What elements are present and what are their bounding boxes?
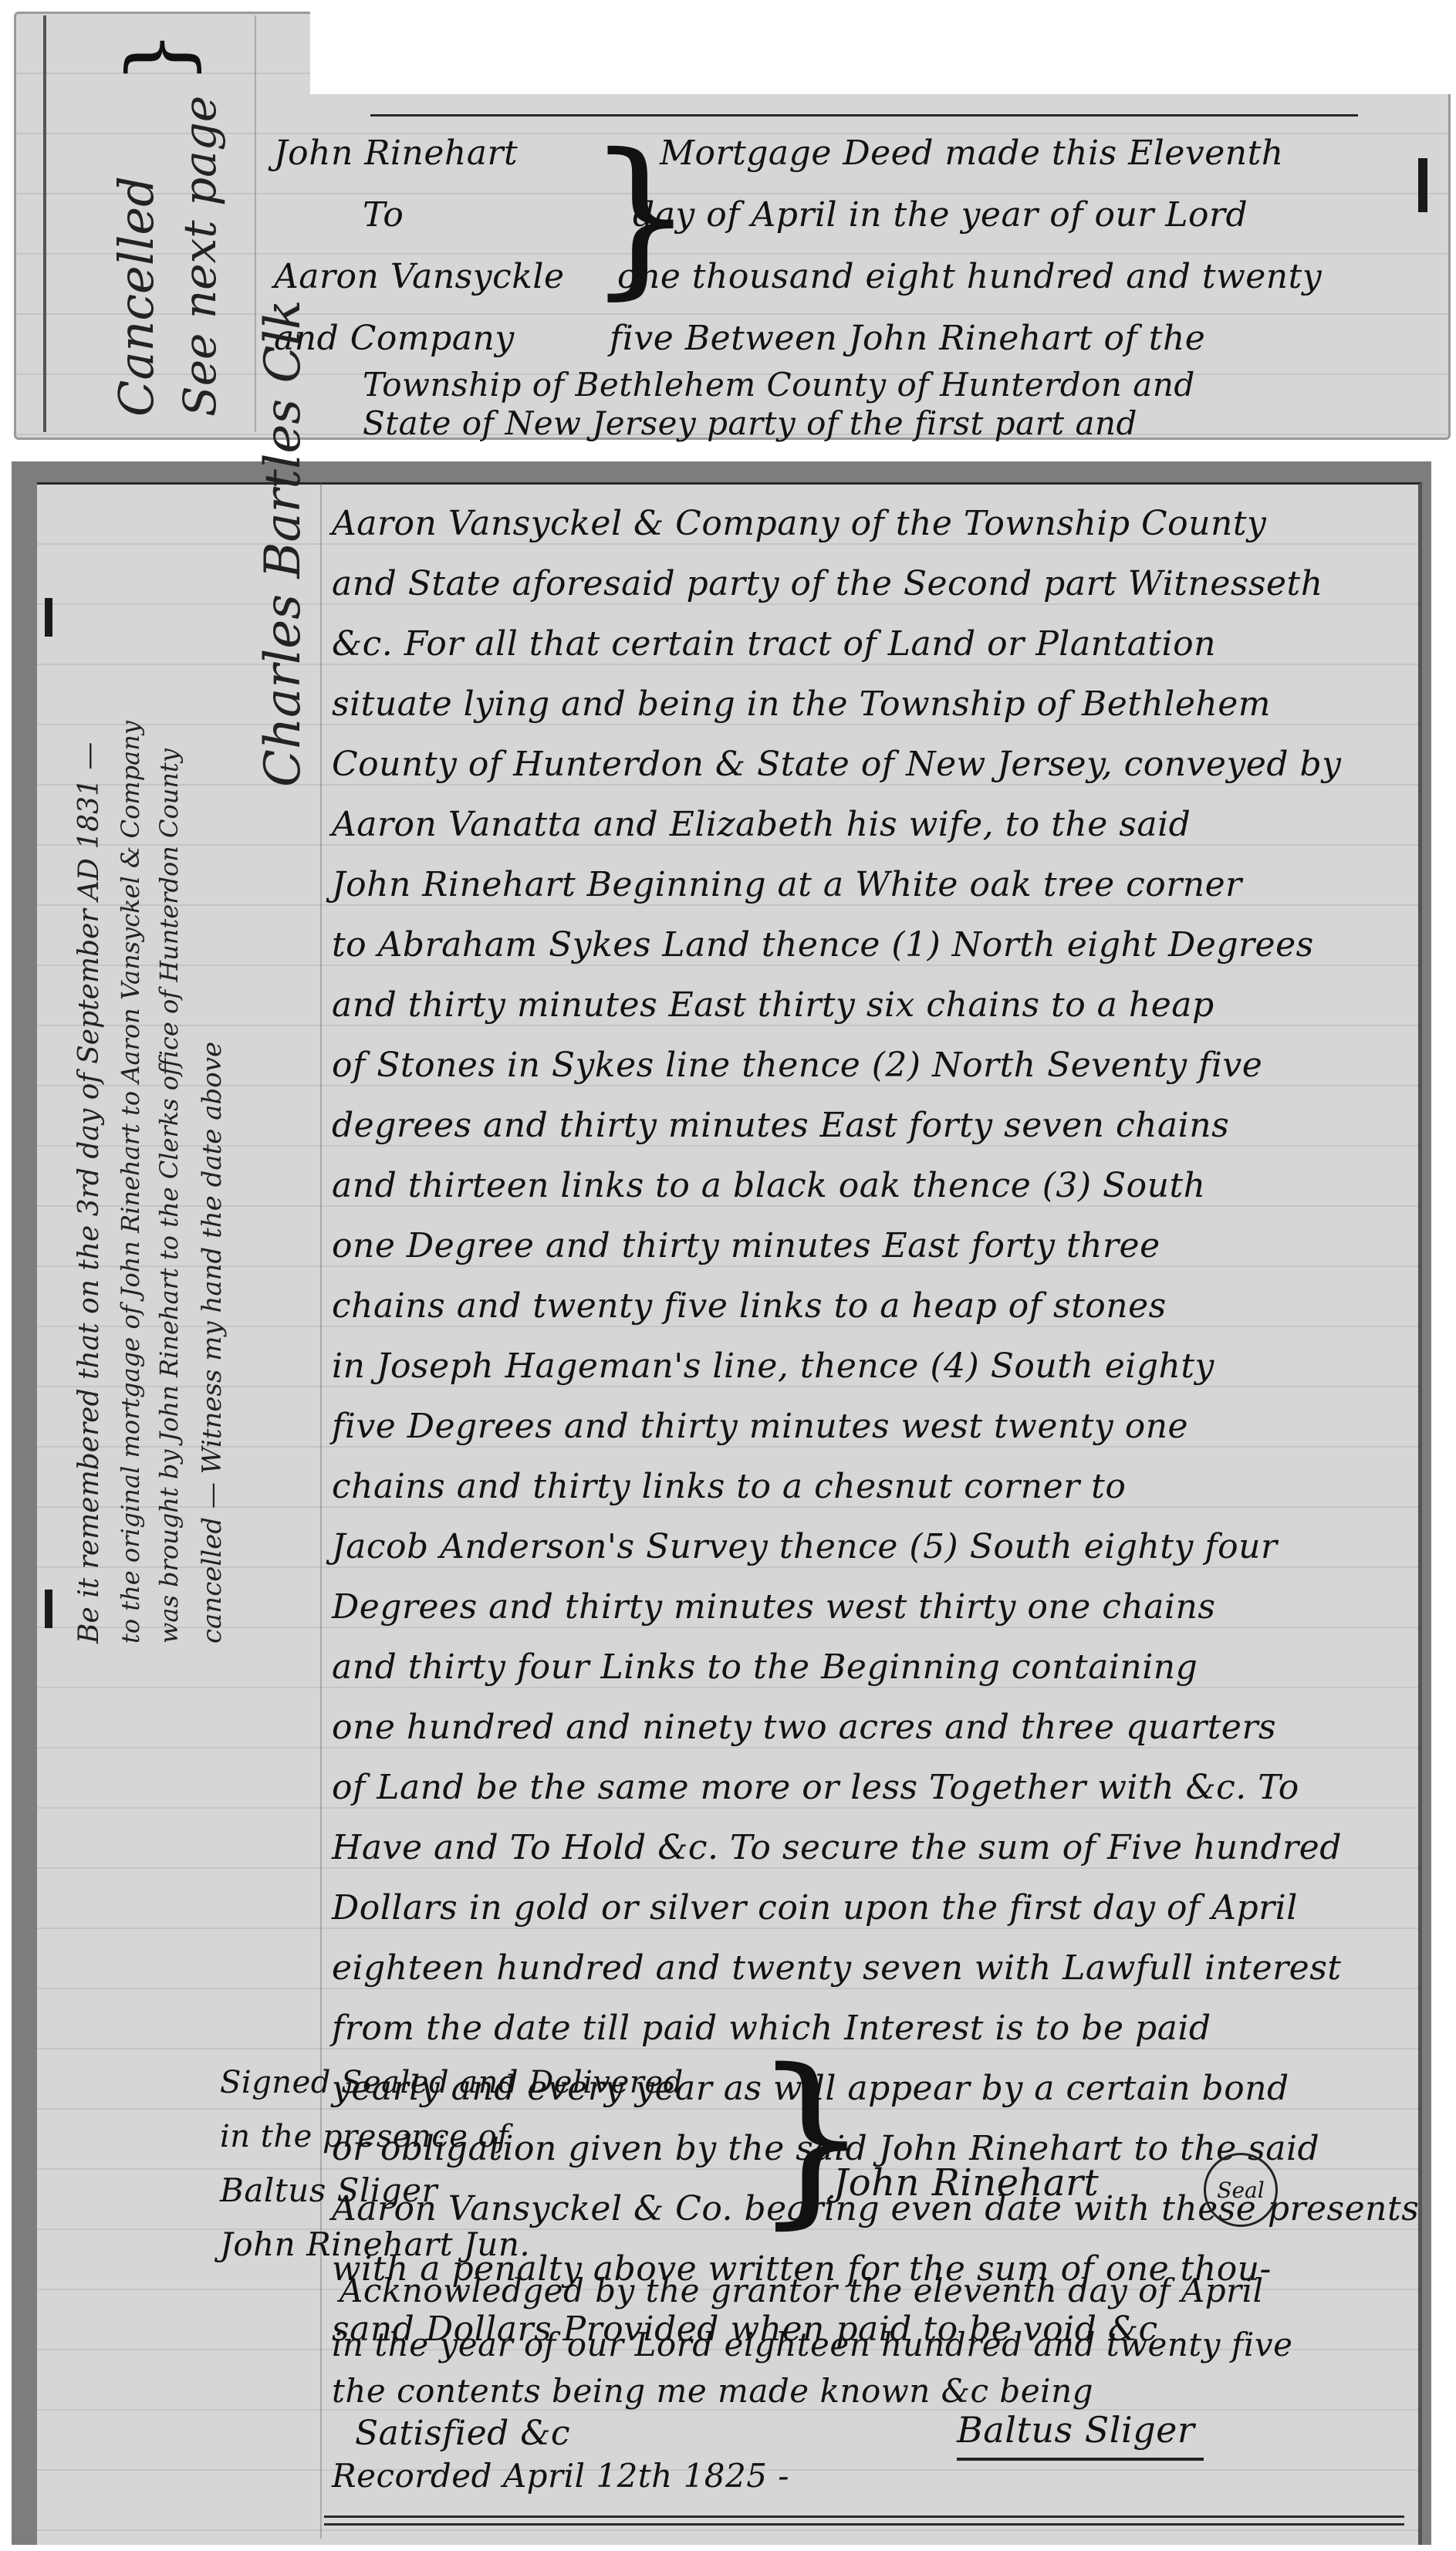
grantor-signature: John Rinehart: [833, 2153, 1099, 2213]
body-line: situate lying and being in the Township …: [332, 674, 1412, 735]
seal-label: Seal: [1217, 2178, 1264, 2203]
body-line: five Degrees and thirty minutes west twe…: [332, 1397, 1412, 1457]
signature-underline: [957, 2458, 1204, 2461]
body-line: and State aforesaid party of the Second …: [332, 554, 1412, 614]
body-line: and thirteen links to a black oak thence…: [332, 1156, 1412, 1216]
top-body-line: day of April in the year of our Lord: [633, 185, 1248, 245]
top-body-line: Mortgage Deed made this Eleventh: [660, 123, 1284, 184]
body-line: of Stones in Sykes line thence (2) North…: [332, 1036, 1412, 1096]
acknowledgement-line: Acknowledged by the grantor the eleventh…: [340, 2261, 1264, 2321]
body-line: in Joseph Hageman's line, thence (4) Sou…: [332, 1336, 1412, 1397]
body-line: Aaron Vanatta and Elizabeth his wife, to…: [332, 795, 1412, 855]
body-line: and thirty four Links to the Beginning c…: [332, 1637, 1412, 1698]
body-line: Dollars in gold or silver coin upon the …: [332, 1878, 1412, 1938]
body-line: Have and To Hold &c. To secure the sum o…: [332, 1818, 1412, 1878]
left-edge-ink-bar-2: [45, 1590, 52, 1628]
main-margin-note-line: to the original mortgage of John Rinehar…: [116, 721, 145, 1644]
body-line: John Rinehart Beginning at a White oak t…: [332, 855, 1412, 915]
body-line: one Degree and thirty minutes East forty…: [332, 1216, 1412, 1276]
top-heading-rule: [370, 114, 1358, 117]
body-line: &c. For all that certain tract of Land o…: [332, 614, 1412, 674]
body-line: Aaron Vansyckel & Company of the Townshi…: [332, 494, 1412, 554]
clerk-signature: Charles Bartles Clk: [255, 299, 312, 787]
top-margin-note-see-next-page: See next page: [174, 96, 226, 417]
body-line: and thirty minutes East thirty six chain…: [332, 975, 1412, 1036]
top-margin-note-cancelled: Cancelled: [108, 176, 164, 417]
body-line: chains and twenty five links to a heap o…: [332, 1276, 1412, 1336]
top-margin-rule: [43, 15, 46, 432]
body-line: Jacob Anderson's Survey thence (5) South…: [332, 1517, 1412, 1577]
attestation-line: in the presence of: [220, 2107, 509, 2167]
witness-name: Baltus Sliger: [220, 2161, 437, 2221]
body-line: to Abraham Sykes Land thence (1) North e…: [332, 915, 1412, 975]
left-edge-ink-bar-1: [45, 598, 52, 637]
to-label: To: [363, 185, 404, 245]
acknowledgement-signature: Baltus Sliger: [957, 2400, 1194, 2460]
seal-icon: Seal: [1204, 2153, 1278, 2227]
top-right-ink-bar: [1418, 158, 1427, 212]
body-line: from the date till paid which Interest i…: [332, 1999, 1412, 2059]
body-line: Degrees and thirty minutes west thirty o…: [332, 1577, 1412, 1637]
body-line: eighteen hundred and twenty seven with L…: [332, 1938, 1412, 1999]
top-body-line: one thousand eight hundred and twenty: [617, 247, 1322, 307]
body-line: of Land be the same more or less Togethe…: [332, 1758, 1412, 1818]
body-line: degrees and thirty minutes East forty se…: [332, 1096, 1412, 1156]
main-margin-note-line: cancelled — Witness my hand the date abo…: [197, 1042, 228, 1644]
closing-rule-2: [324, 2523, 1404, 2526]
grantee-name-line1: Aaron Vansyckle: [274, 247, 565, 307]
top-body-line: State of New Jersey party of the first p…: [363, 394, 1137, 454]
main-margin-note-line: was brought by John Rinehart to the Cler…: [154, 748, 184, 1644]
attestation-line: Signed Sealed and Delivered: [220, 2053, 684, 2113]
main-margin-note-line: Be it remembered that on the 3rd day of …: [73, 742, 105, 1644]
top-right-blank-region: [310, 0, 1456, 94]
grantor-name: John Rinehart: [274, 123, 518, 184]
recorded-date: Recorded April 12th 1825 -: [332, 2446, 789, 2506]
body-line: County of Hunterdon & State of New Jerse…: [332, 735, 1412, 795]
body-line: one hundred and ninety two acres and thr…: [332, 1698, 1412, 1758]
closing-rule-1: [324, 2516, 1404, 2518]
body-line: chains and thirty links to a chesnut cor…: [332, 1457, 1412, 1517]
top-margin-flourish: }: [109, 30, 208, 84]
